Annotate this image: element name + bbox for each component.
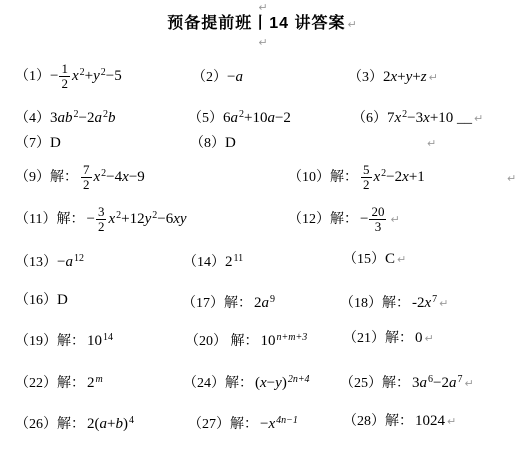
math-token: a <box>262 295 270 311</box>
answer-number: （11） <box>15 212 56 227</box>
math-token: 6 <box>223 110 231 126</box>
math-token: x <box>94 169 101 185</box>
answer-item-28: （28）解：1024↵ <box>343 411 456 432</box>
paragraph-mark-line: ↵ <box>505 168 516 189</box>
page-title-text: 预备提前班丨14 讲答案 <box>167 15 345 32</box>
math-token: − <box>360 211 368 227</box>
solution-label: 解： <box>382 296 410 311</box>
math-token: b <box>108 110 116 126</box>
math-token: 1024 <box>415 413 445 429</box>
answer-item-9: （9）解：72x2−4x−9 <box>15 163 145 192</box>
solution-label: 解： <box>57 417 85 432</box>
answer-number: （1） <box>15 69 50 84</box>
math-token: -2 <box>412 295 425 311</box>
math-token: x <box>402 169 409 185</box>
solution-label: 解： <box>50 170 78 185</box>
fraction-numerator: 20 <box>369 205 386 219</box>
answer-item-18: （18）解：-2x7↵ <box>340 290 448 314</box>
math-token: 12 <box>74 253 84 264</box>
math-token: 4 <box>129 415 134 426</box>
paragraph-mark-icon: ↵ <box>464 377 473 390</box>
paragraph-mark-icon: ↵ <box>474 112 483 125</box>
solution-label: 解： <box>227 334 259 349</box>
math-token: 4n−1 <box>276 415 298 426</box>
math-token: − <box>267 375 275 391</box>
math-token: n+m+3 <box>277 332 308 343</box>
answer-number: （8） <box>190 136 225 151</box>
math-token: D <box>57 292 68 308</box>
paragraph-mark-line: ↵ <box>425 133 436 154</box>
answer-item-13: （13）−a12 <box>15 249 84 273</box>
math-token: +10 <box>244 110 267 126</box>
math-token: 3 <box>412 375 420 391</box>
paragraph-mark-icon: ↵ <box>447 415 456 428</box>
answer-item-16: （16）D <box>15 290 68 311</box>
math-token: x <box>108 211 115 227</box>
math-token: y <box>275 375 282 391</box>
answer-number: （18） <box>340 296 382 311</box>
answer-number: （26） <box>15 417 57 432</box>
math-token: D <box>225 135 236 151</box>
math-token: m <box>96 374 103 385</box>
page-title: 预备提前班丨14 讲答案↵ <box>0 10 524 33</box>
math-token: a <box>231 110 239 126</box>
answer-number: （4） <box>15 111 50 126</box>
answer-item-26: （26）解：2(a+b)4 <box>15 411 134 435</box>
math-token: −2 <box>275 110 291 126</box>
document-page: ↵ 预备提前班丨14 讲答案↵ ↵ （1）−12x2+y2−5（2）−a（3）2… <box>0 0 524 452</box>
fraction-denominator: 2 <box>59 76 70 91</box>
math-token: z <box>421 69 427 85</box>
math-token: a <box>420 375 428 391</box>
math-token: 14 <box>103 332 113 343</box>
answer-number: （13） <box>15 255 57 270</box>
math-token: 7 <box>387 110 395 126</box>
fraction: 32 <box>96 205 107 234</box>
paragraph-mark-icon: ↵ <box>439 297 448 310</box>
math-token: x <box>72 68 79 84</box>
answer-number: （22） <box>15 376 57 391</box>
math-token: 10 <box>261 333 276 349</box>
math-token: a <box>65 254 73 270</box>
answer-number: （5） <box>188 111 223 126</box>
paragraph-mark-icon: ↵ <box>425 332 434 345</box>
math-token: 7 <box>457 374 462 385</box>
math-token: b <box>115 416 123 432</box>
solution-label: 解： <box>382 376 410 391</box>
math-token: x <box>423 110 430 126</box>
math-token: + <box>85 68 93 84</box>
answer-number: （15） <box>343 252 385 267</box>
answer-number: （17） <box>182 296 224 311</box>
fraction: 72 <box>81 163 92 192</box>
paragraph-mark-icon: ↵ <box>507 172 516 185</box>
math-token: −5 <box>106 68 122 84</box>
math-token: −9 <box>129 169 145 185</box>
answer-number: （24） <box>183 376 225 391</box>
math-token: +10 <box>430 110 453 126</box>
math-token: a <box>235 69 243 85</box>
math-token: x <box>122 169 129 185</box>
solution-label: 解： <box>385 414 413 429</box>
fraction-denominator: 2 <box>96 219 107 234</box>
math-token: a <box>100 416 108 432</box>
math-token: + <box>412 69 420 85</box>
answer-item-15: （15）C↵ <box>343 249 406 270</box>
math-token: x <box>374 169 381 185</box>
paragraph-mark-icon: ↵ <box>348 18 357 31</box>
answer-item-20: （20） 解：10n+m+3 <box>185 328 307 352</box>
fraction-denominator: 2 <box>361 177 372 192</box>
math-token: −4 <box>106 169 122 185</box>
paragraph-mark-icon: ↵ <box>258 36 267 49</box>
math-token: −2 <box>433 375 449 391</box>
solution-label: 解： <box>330 212 358 227</box>
math-token: y <box>145 211 152 227</box>
answer-item-4: （4）3ab2−2a2b <box>15 105 115 129</box>
math-token: a <box>267 110 275 126</box>
solution-label: 解： <box>330 170 358 185</box>
math-token: −6 <box>157 211 173 227</box>
math-token: 7 <box>432 294 437 305</box>
paragraph-mark-icon: ↵ <box>390 213 399 226</box>
answer-item-12: （12）解：−203↵ <box>288 205 400 234</box>
answer-number: （20） <box>185 334 227 349</box>
math-token: x <box>425 295 432 311</box>
answer-number: （14） <box>183 255 225 270</box>
math-token: 0 <box>415 330 423 346</box>
answer-item-24: （24）解：(x−y)2n+4 <box>183 370 310 394</box>
answer-number: （21） <box>343 331 385 346</box>
fraction-numerator: 3 <box>96 205 107 219</box>
answer-number: （10） <box>288 170 330 185</box>
math-token: 9 <box>270 294 275 305</box>
math-token: x <box>260 375 267 391</box>
answer-item-14: （14）211 <box>183 249 243 273</box>
solution-label: 解： <box>225 376 253 391</box>
fraction-numerator: 5 <box>361 163 372 177</box>
answer-item-3: （3）2x+y+z↵ <box>348 67 438 88</box>
answer-number: （3） <box>348 70 383 85</box>
fraction-denominator: 2 <box>81 177 92 192</box>
math-token: + <box>397 69 405 85</box>
math-token: x <box>395 110 402 126</box>
math-token: ) <box>282 375 287 391</box>
fraction: 52 <box>361 163 372 192</box>
answer-item-10: （10）解：52x2−2x+1 <box>288 163 425 192</box>
math-token: 2 <box>383 69 391 85</box>
answer-item-11: （11）解：−32x2+12y2−6xy <box>15 205 187 234</box>
answer-number: （27） <box>188 417 230 432</box>
answer-number: （7） <box>15 136 50 151</box>
math-token: 3 <box>50 110 58 126</box>
math-token: 10 <box>87 333 102 349</box>
math-token: 2 <box>87 375 95 391</box>
solution-label: 解： <box>230 417 258 432</box>
solution-label: 解： <box>57 334 85 349</box>
paragraph-mark-icon: ↵ <box>429 71 438 84</box>
math-token: 2n+4 <box>288 374 310 385</box>
fraction: 203 <box>369 205 386 234</box>
answer-item-19: （19）解：1014 <box>15 328 113 352</box>
answer-item-27: （27）解：−x4n−1 <box>188 411 298 435</box>
fraction-numerator: 7 <box>81 163 92 177</box>
math-token: 2 <box>225 254 233 270</box>
answer-number: （25） <box>340 376 382 391</box>
math-token: a <box>94 110 102 126</box>
answer-item-17: （17）解：2a9 <box>182 290 275 314</box>
math-token: xy <box>173 211 186 227</box>
answer-item-5: （5）6a2+10a−2 <box>188 105 291 129</box>
math-token: ) <box>123 416 128 432</box>
answer-item-8: （8）D <box>190 133 236 154</box>
math-token: __ <box>453 110 472 126</box>
math-token: y <box>93 68 100 84</box>
math-token: 11 <box>234 253 244 264</box>
answer-item-22: （22）解：2m <box>15 370 103 394</box>
math-token: − <box>50 68 58 84</box>
math-token: C <box>385 251 395 267</box>
solution-label: 解： <box>224 296 252 311</box>
paragraph-mark-icon: ↵ <box>397 253 406 266</box>
math-token: a <box>449 375 457 391</box>
fraction-numerator: 1 <box>59 62 70 76</box>
math-token: x <box>268 416 275 432</box>
answer-item-6: （6）7x2−3x+10 __↵ <box>352 105 483 129</box>
answer-number: （12） <box>288 212 330 227</box>
answer-number: （2） <box>192 70 227 85</box>
answer-item-21: （21）解：0↵ <box>343 328 434 349</box>
answer-number: （6） <box>352 111 387 126</box>
answer-item-2: （2）−a <box>192 67 243 88</box>
answer-number: （28） <box>343 414 385 429</box>
answer-item-25: （25）解：3a6−2a7↵ <box>340 370 474 394</box>
paragraph-mark-below-title: ↵ <box>0 33 524 51</box>
paragraph-mark-icon: ↵ <box>427 137 436 150</box>
answer-item-1: （1）−12x2+y2−5 <box>15 62 122 91</box>
math-token: +1 <box>409 169 425 185</box>
fraction: 12 <box>59 62 70 91</box>
math-token: 2 <box>254 295 262 311</box>
math-token: − <box>86 211 94 227</box>
math-token: +12 <box>121 211 144 227</box>
math-token: −2 <box>79 110 95 126</box>
math-token: −2 <box>386 169 402 185</box>
solution-label: 解： <box>385 331 413 346</box>
solution-label: 解： <box>57 376 85 391</box>
answer-number: （16） <box>15 293 57 308</box>
math-token: D <box>50 135 61 151</box>
fraction-denominator: 3 <box>369 219 386 234</box>
solution-label: 解： <box>56 212 84 227</box>
answer-item-7: （7）D <box>15 133 61 154</box>
answer-number: （9） <box>15 170 50 185</box>
answer-number: （19） <box>15 334 57 349</box>
math-token: ab <box>58 110 73 126</box>
math-token: −3 <box>407 110 423 126</box>
math-token: 2( <box>87 416 100 432</box>
